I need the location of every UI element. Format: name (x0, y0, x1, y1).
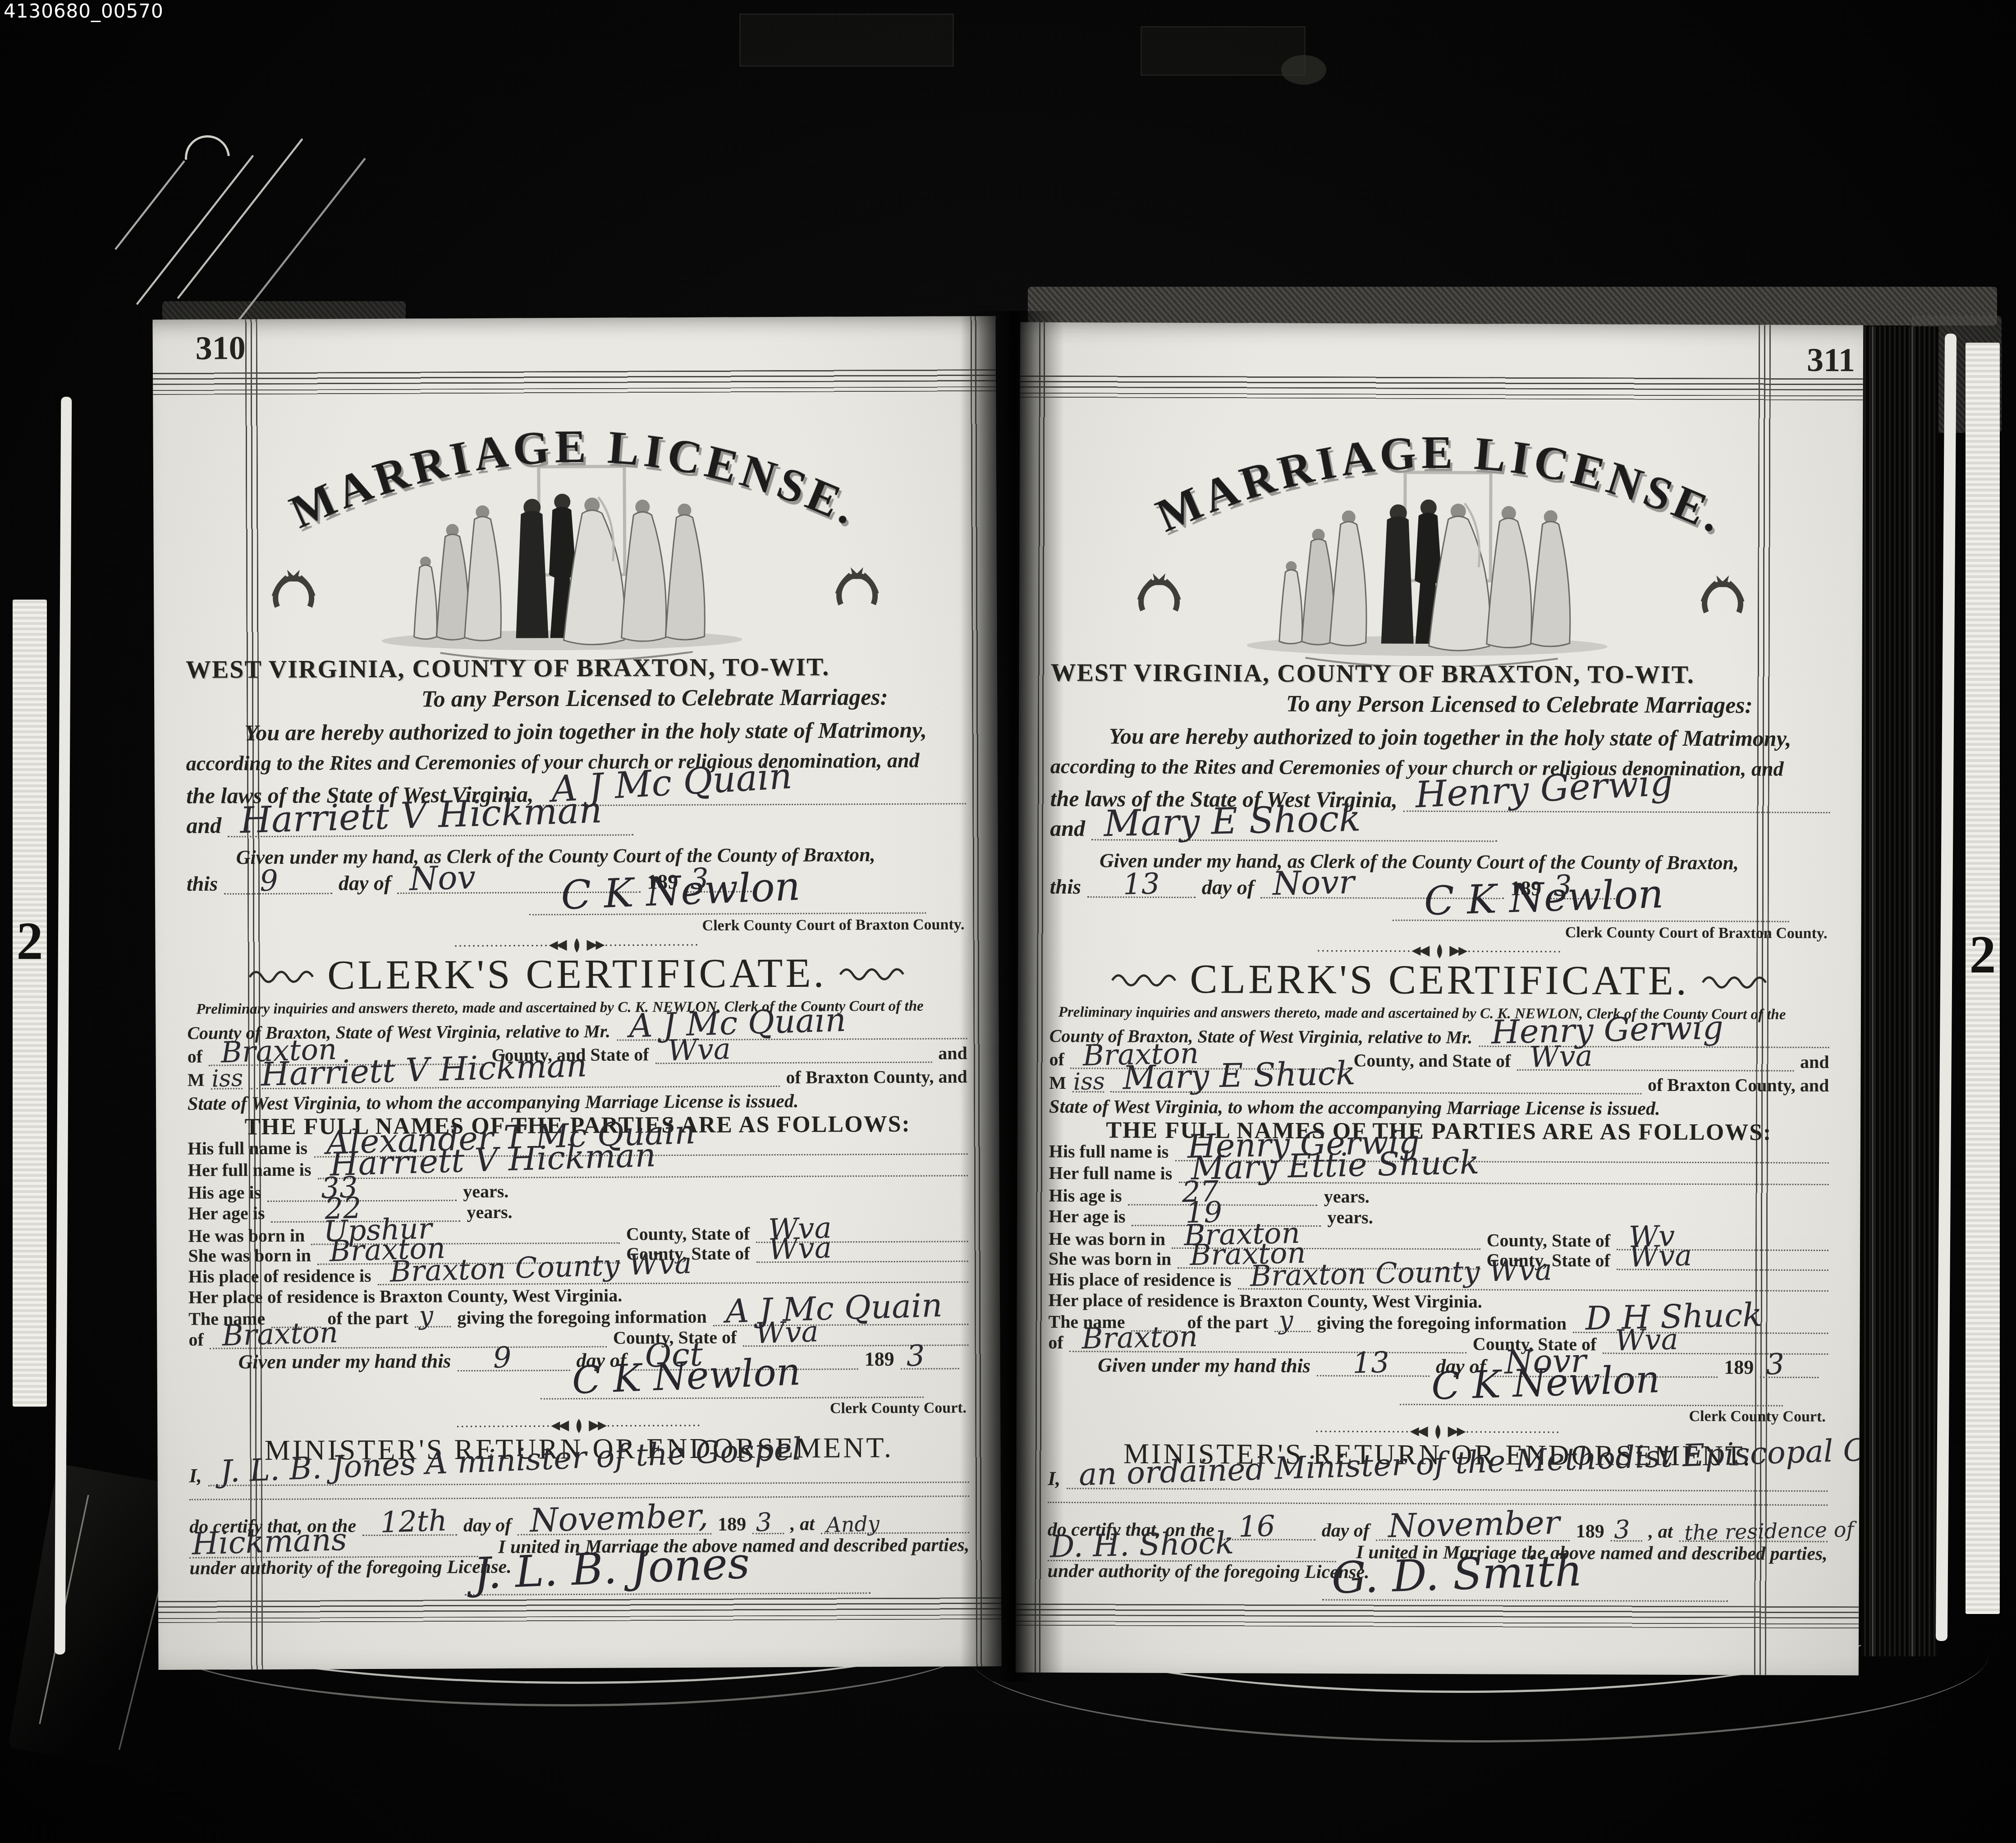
m-label: M (1049, 1073, 1066, 1092)
wedding-place-handwriting: Andy (826, 1513, 880, 1535)
horseshoe-ornament-icon (1138, 573, 1180, 610)
informant-county-handwriting: Braxton (222, 1318, 339, 1350)
county-heading: WEST VIRGINIA, COUNTY OF BRAXTON, TO-WIT… (1050, 658, 1695, 689)
month-handwriting: Novr (1273, 866, 1355, 900)
salutation: To any Person Licensed to Celebrate Marr… (348, 683, 961, 713)
flourish-icon (838, 963, 906, 983)
state-handwriting: Wva (667, 1035, 731, 1065)
informant-county-row: of Braxton County, State of Wva (1048, 1333, 1828, 1355)
blank-line: Mary E Shuck (1110, 1087, 1641, 1094)
clerks-certificate-title: CLERK'S CERTIFICATE. (327, 949, 827, 999)
blank-line: iss (1072, 1087, 1104, 1092)
cert-intro-line: Preliminary inquiries and answers theret… (196, 998, 967, 1018)
i-label: I, (189, 1466, 202, 1486)
her-age-label: Her age is (188, 1204, 265, 1223)
she-born-state-handwriting: Wva (1629, 1242, 1692, 1272)
wedding-place2-handwriting: D. H. Shock (1049, 1528, 1234, 1563)
year-prefix: 189 (1576, 1522, 1604, 1541)
blank-line: y (415, 1321, 451, 1327)
frame-rule-horizontal (158, 1614, 1001, 1623)
frame-rule-vertical (970, 316, 982, 1666)
wedding-day-handwriting: 12th (380, 1507, 447, 1537)
horseshoe-ornament-icon (836, 567, 878, 604)
clerks-certificate-title: CLERK'S CERTIFICATE. (1190, 955, 1689, 1004)
his-full-name-label: His full name is (1049, 1142, 1169, 1161)
marriage-license-header-engraving: MARRIAGE LICENSE. (250, 380, 900, 662)
day-handwriting: 13 (1123, 870, 1160, 899)
clamp-hole-highlight (176, 126, 239, 190)
groom-name-handwriting: Henry Gerwig (1415, 764, 1674, 813)
cert-groom-handwriting: Henry Gerwig (1491, 1011, 1723, 1049)
day-of-label: day of (463, 1516, 511, 1536)
blank-line: Wva (655, 1057, 932, 1064)
her-age-row: Her age is 22 years. (188, 1201, 968, 1223)
marriage-license-arc-title: MARRIAGE LICENSE. (1149, 426, 1735, 544)
cert-issued-line: State of West Virginia, to whom the acco… (1049, 1096, 1660, 1120)
county-heading: WEST VIRGINIA, COUNTY OF BRAXTON, TO-WIT… (186, 653, 830, 684)
blank-line: November (1376, 1535, 1570, 1542)
she-born-label: She was born in (1049, 1249, 1171, 1269)
county-state-of-label: County, State of (1487, 1231, 1611, 1250)
edge-tab-number: 2 (13, 911, 47, 972)
informant-state-handwriting: Wva (1615, 1325, 1678, 1355)
her-residence-line: Her place of residence is Braxton County… (1049, 1291, 1482, 1311)
day-of-label: day of (1202, 876, 1254, 899)
given-hand-this-label: Given under my hand this (1098, 1355, 1310, 1376)
his-age-row: His age is 27 years. (1049, 1186, 1828, 1208)
bride-name-handwriting: Mary E Shock (1103, 800, 1361, 842)
cert-year-digit-handwriting: 3 (906, 1342, 926, 1371)
minister-intro-row: I, J. L. B. Jones A minister of the Gosp… (189, 1462, 969, 1486)
clerk-title-label: Clerk County Court of Braxton County. (702, 917, 964, 934)
state-handwriting: Wva (1529, 1042, 1593, 1072)
flourish-icon (248, 965, 316, 986)
years-label: years. (463, 1182, 509, 1201)
informant-county-row: of Braxton County, State of Wva (188, 1327, 968, 1349)
cert-clerk-signature: C K Newlon (571, 1352, 801, 1399)
svg-text:MARRIAGE LICENSE.: MARRIAGE LICENSE. (282, 419, 868, 538)
blank-line: 12th (362, 1530, 457, 1536)
minister-intro-row: I, an ordained Minister of the Methodist… (1048, 1468, 1828, 1492)
page-number: 311 (1807, 341, 1855, 380)
of-label: of (188, 1330, 204, 1349)
given-hand-this-label: Given under my hand this (238, 1351, 451, 1372)
blank-line: November, (518, 1529, 711, 1536)
frame-rule-horizontal (1016, 1604, 1859, 1619)
she-born-label: She was born in (188, 1246, 311, 1265)
edge-tape-left: 2 (13, 600, 47, 1407)
blank-line: D H Shuck (1573, 1327, 1828, 1334)
blank-line: Wva (756, 1256, 968, 1263)
left-page: 310 MARRIAGE LICENSE. (152, 316, 1001, 1670)
wedding-year-digit-handwriting: 3 (1614, 1517, 1631, 1543)
blank-line: Mary E Shock (1091, 834, 1497, 842)
blank-line: 3 (752, 1528, 784, 1534)
blank-line: Mary Ettie Shuck (1178, 1177, 1828, 1185)
blank-line: Andy (821, 1527, 969, 1534)
blank-line: 3 (901, 1363, 959, 1370)
blank-line: Wva (1603, 1348, 1828, 1355)
blank-line: Wva (1517, 1065, 1794, 1072)
blank-line: 9 (224, 889, 332, 895)
wedding-month-handwriting: November (1388, 1506, 1560, 1542)
page-number: 310 (196, 329, 246, 367)
blank-line: Wva (1617, 1264, 1828, 1271)
her-age-row: Her age is 19 years. (1049, 1207, 1828, 1229)
his-residence-row: His place of residence is Braxton County… (188, 1264, 968, 1286)
cert-bride-row: M iss Mary E Shuck of Braxton County, an… (1049, 1073, 1829, 1095)
cert-issued-line: State of West Virginia, to whom the acco… (188, 1091, 799, 1115)
authorization-line: You are hereby authorized to join togeth… (1109, 723, 1828, 752)
of-the-part-label: of the part (327, 1309, 408, 1328)
blank-line: Braxton County Wva (378, 1277, 968, 1285)
clerks-certificate-heading: CLERK'S CERTIFICATE. (187, 948, 967, 999)
blank-line: the residence of (1679, 1536, 1827, 1542)
edge-strip (1936, 334, 1956, 1641)
her-residence-line: Her place of residence is Braxton County… (188, 1286, 622, 1307)
blank-line: A J Mc Quain (540, 798, 967, 806)
blank-line: 27 (1128, 1200, 1318, 1206)
informant-county-handwriting: Braxton (1081, 1322, 1198, 1353)
blank-line (1048, 1497, 1828, 1506)
blank-line: y (1274, 1326, 1310, 1332)
informant-state-handwriting: Wva (755, 1317, 819, 1348)
cert-bride-handwriting: Harriett V Hickman (261, 1049, 587, 1091)
of-label: of (188, 1047, 203, 1066)
cert-day-handwriting: 9 (493, 1343, 512, 1373)
of-braxton-label: of Braxton County, and (1648, 1076, 1829, 1095)
cert-clerk-signature: C K Newlon (1431, 1360, 1660, 1405)
of-label: of (1049, 1050, 1064, 1069)
right-page: 311 MARRIAGE LICENSE. (1016, 322, 1863, 1676)
clerk-title-label: Clerk County Court of Braxton County. (1565, 925, 1828, 942)
scan-frame-id-label: 4130680_00570 (4, 0, 164, 22)
of-the-part-label: of the part (1187, 1313, 1268, 1332)
bride-name-handwriting: Harriett V Hickman (239, 792, 602, 839)
blank-line: 16 (1221, 1534, 1315, 1540)
blank-line: 13 (1087, 892, 1196, 899)
cert-year-digit-handwriting: 3 (1766, 1350, 1785, 1380)
year-prefix: 189 (865, 1349, 894, 1370)
blank-line: Braxton (210, 1342, 607, 1349)
years-label: years. (467, 1203, 512, 1222)
blank-line: 3 (1760, 1372, 1819, 1378)
wedding-day-handwriting: 16 (1238, 1512, 1275, 1542)
blank-line (189, 1491, 969, 1500)
authority-line: under authority of the foregoing License… (1047, 1561, 1369, 1582)
blank-line: J. L. B. Jones A minister of the Gospel (208, 1477, 969, 1486)
clerk-signature: C K Newlon (1424, 874, 1664, 921)
blank-line: iss (211, 1083, 243, 1089)
year-prefix: 189 (1724, 1357, 1754, 1378)
blank-line: 33 (267, 1195, 457, 1202)
he-born-row: He was born in Upshur County, State of W… (188, 1223, 968, 1246)
blank-line: 9 (457, 1365, 570, 1371)
county-state-of-label: County, State of (626, 1224, 750, 1243)
her-full-name-handwriting: Mary Ettie Shuck (1191, 1146, 1480, 1184)
blank-line: Henry Gerwig (1404, 806, 1830, 813)
clerk-signature: C K Newlon (560, 866, 801, 916)
his-full-name-label: His full name is (188, 1139, 307, 1158)
and-label: and (938, 1044, 967, 1063)
day-handwriting: 9 (259, 866, 279, 896)
frame-rule-horizontal (1016, 1621, 1859, 1629)
marriage-license-arc-title: MARRIAGE LICENSE. (282, 419, 868, 538)
microfilm-scan-background: 4130680_00570 2 2 310 (0, 0, 2016, 1843)
his-age-label: His age is (188, 1183, 261, 1202)
blank-line: 3 (1611, 1536, 1642, 1541)
blank-line: Braxton (1070, 1346, 1466, 1353)
flourish-icon (1701, 971, 1769, 991)
his-residence-label: His place of residence is (188, 1266, 371, 1286)
and-label: and (1800, 1053, 1829, 1072)
edge-tab-number: 2 (1966, 924, 2000, 986)
flourish-icon (1110, 968, 1178, 989)
blank-line: 13 (1317, 1371, 1430, 1377)
clerks-certificate-heading: CLERK'S CERTIFICATE. (1049, 954, 1829, 1005)
clamp-edge-highlight (136, 155, 254, 305)
svg-text:MARRIAGE LICENSE.: MARRIAGE LICENSE. (1149, 426, 1735, 544)
blank-line: A J Mc Quain (713, 1319, 968, 1326)
this-label: this (187, 873, 218, 895)
this-label: this (1050, 876, 1081, 898)
wedding-year-digit-handwriting: 3 (756, 1510, 772, 1536)
her-full-name-row: Her full name is Mary Ettie Shuck (1049, 1164, 1829, 1185)
marriage-license-header-engraving: MARRIAGE LICENSE. (1116, 385, 1766, 667)
m-suffix-handwriting: iss (211, 1067, 243, 1091)
blank-line: Wva (743, 1340, 968, 1347)
horseshoe-ornament-icon (273, 570, 314, 607)
horseshoe-ornament-icon (1702, 575, 1743, 612)
minister-blank-row (1048, 1497, 1828, 1506)
wedding-place2-handwriting: Hickmans (192, 1525, 348, 1560)
he-born-label: He was born in (188, 1226, 305, 1246)
giving-info-label: giving the foregoing information (1317, 1313, 1567, 1333)
frame-rule-vertical (1035, 322, 1045, 1673)
license-bride-row: and Harriett V Hickman (186, 810, 966, 837)
wedding-month-handwriting: November, (529, 1499, 709, 1536)
m-label: M (188, 1071, 205, 1090)
blank-line: Harriett V Hickman (249, 1081, 780, 1089)
page-block-highlight (1872, 326, 1874, 1656)
his-residence-handwriting: Braxton County Wva (1250, 1256, 1552, 1291)
month-handwriting: Nov (409, 861, 476, 895)
clamp-edge-highlight (115, 160, 186, 250)
blank-line: Harriett V Hickman (317, 1170, 967, 1179)
her-full-name-label: Her full name is (1049, 1164, 1173, 1183)
cert-bride-row: M iss Harriett V Hickman of Braxton Coun… (188, 1067, 967, 1090)
years-label: years. (1324, 1187, 1370, 1206)
her-full-name-row: Her full name is Harriett V Hickman (188, 1157, 968, 1180)
his-residence-label: His place of residence is (1049, 1270, 1232, 1289)
his-residence-row: His place of residence is Braxton County… (1049, 1270, 1828, 1292)
part-letter-handwriting: y (419, 1303, 434, 1329)
book-cloth-edge (162, 301, 406, 321)
minister-signature: G. D. Smith (1331, 1549, 1583, 1600)
authorization-line: You are hereby authorized to join togeth… (244, 716, 963, 746)
frame-rule-horizontal (158, 1597, 1001, 1613)
year-prefix: 189 (718, 1514, 746, 1534)
her-full-name-label: Her full name is (188, 1160, 312, 1180)
salutation: To any Person Licensed to Celebrate Marr… (1213, 690, 1826, 719)
authority-line: under authority of the foregoing License… (189, 1557, 511, 1578)
his-residence-handwriting: Braxton County Wva (389, 1249, 692, 1287)
wedding-scene-vignette (381, 466, 742, 662)
and-label: and (1050, 816, 1085, 840)
and-label: and (186, 813, 221, 837)
of-braxton-label: of Braxton County, and (786, 1067, 967, 1087)
county-and-state-label: County, and State of (1353, 1051, 1511, 1070)
her-age-label: Her age is (1049, 1207, 1125, 1226)
m-suffix-handwriting: iss (1073, 1070, 1105, 1094)
blank-line: Harriett V Hickman (228, 830, 633, 837)
part-letter-handwriting: y (1278, 1308, 1293, 1334)
she-born-state-handwriting: Wva (768, 1233, 832, 1264)
clerk-court-short-label: Clerk County Court. (1689, 1408, 1826, 1425)
her-full-name-handwriting: Harriett V Hickman (329, 1139, 656, 1181)
minister-blank-row (189, 1491, 969, 1500)
day-of-label: day of (1322, 1521, 1370, 1540)
clerk-court-short-label: Clerk County Court. (830, 1400, 967, 1417)
wedding-place-handwriting: the residence of (1684, 1519, 1854, 1543)
comma-at-label: , at (1649, 1522, 1673, 1542)
day-of-label: day of (339, 872, 391, 894)
i-label: I, (1048, 1468, 1060, 1489)
scan-artifact (739, 14, 954, 67)
cert-groom-handwriting: A J Mc Quain (628, 1004, 846, 1042)
his-age-row: His age is 33 years. (188, 1180, 968, 1202)
blank-line: an ordained Minister of the Methodist Ep… (1067, 1483, 1828, 1492)
license-bride-row: and Mary E Shock (1050, 816, 1830, 843)
cert-bride-handwriting: Mary E Shuck (1123, 1057, 1356, 1094)
giving-info-label: giving the foregoing information (457, 1307, 707, 1327)
of-label: of (1048, 1333, 1063, 1352)
years-label: years. (1328, 1208, 1373, 1227)
scan-artifact (1141, 26, 1306, 76)
comma-at-label: , at (790, 1514, 815, 1534)
he-born-row: He was born in Braxton County, State of … (1049, 1229, 1828, 1251)
edge-tape-right: 2 (1966, 343, 2000, 1614)
he-born-label: He was born in (1049, 1229, 1165, 1249)
scan-artifact (1281, 55, 1326, 85)
cert-day-handwriting: 13 (1352, 1348, 1390, 1378)
minister-signature: J. L. B. Jones (473, 1541, 751, 1595)
his-age-label: His age is (1049, 1186, 1122, 1206)
wedding-scene-vignette (1247, 472, 1608, 668)
book-cloth-edge (1028, 287, 1997, 326)
page-block-highlight (1911, 326, 1913, 1656)
